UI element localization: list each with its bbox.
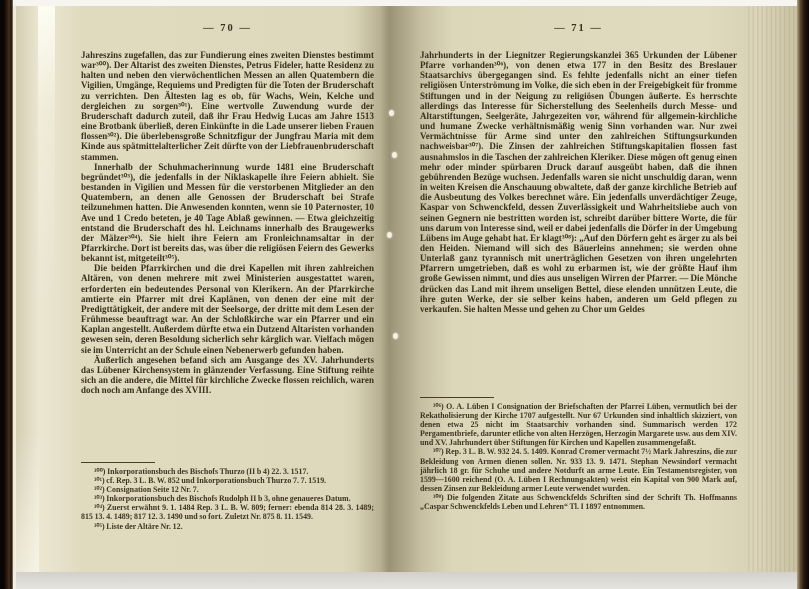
paragraph: Innerhalb der Schuhmacherinnung wurde 14… <box>81 162 374 264</box>
paragraph: Die beiden Pfarrkirchen und die drei Kap… <box>81 263 374 354</box>
paragraph: Jahreszins zugefallen, das zur Fundierun… <box>81 50 374 162</box>
page-fore-edge <box>748 6 796 572</box>
footnote: ³⁰¹) cf. Rep. 3 L. B. W. 852 und Inkorpo… <box>81 476 374 485</box>
binding-thread-dot <box>387 232 392 238</box>
footnote: ³⁰⁵) Liste der Altäre Nr. 12. <box>81 522 374 531</box>
paragraph: Äußerlich angesehen befand sich am Ausga… <box>81 355 374 396</box>
page-71-footnotes: ³⁰⁶) O. A. Lüben I Consignation der Brie… <box>420 402 737 564</box>
scan-left-border <box>0 0 13 589</box>
footnote: ³⁰⁰) Inkorporationsbuch des Bischofs Thu… <box>81 467 374 476</box>
scan-glare-bottom <box>15 430 39 572</box>
footnote: ³⁰⁴) Zuerst erwähnt 9. 1. 1484 Rep. 3 L.… <box>81 503 374 521</box>
page-70-body: Jahreszins zugefallen, das zur Fundierun… <box>81 50 374 461</box>
scan-left-highlight <box>13 0 16 589</box>
footnote: ³⁰⁸) Die folgenden Zitate aus Schwenckfe… <box>420 493 737 511</box>
binding-thread-dot <box>393 333 398 339</box>
page-70-footnotes: ³⁰⁰) Inkorporationsbuch des Bischofs Thu… <box>81 467 374 565</box>
book-scan: — 70 — Jahreszins zugefallen, das zur Fu… <box>0 0 809 589</box>
binding-thread-dot <box>389 110 394 116</box>
scan-bottom-strip <box>0 572 809 589</box>
page-number-70: — 70 — <box>81 23 374 34</box>
binding-thread-dot <box>392 152 397 158</box>
page-number-71: — 71 — <box>420 23 737 34</box>
footnote: ³⁰⁷) Rep. 3 L. B. W. 932 24. 5. 1409. Ko… <box>420 447 737 492</box>
footnote-separator <box>81 462 155 463</box>
scan-right-border <box>797 0 809 589</box>
paragraph: Jahrhunderts in der Liegnitzer Regierung… <box>420 50 737 314</box>
footnote-separator <box>420 397 494 398</box>
scan-glare-top <box>38 6 55 306</box>
footnote: ³⁰²) Consignation Seite 12 Nr. 7. <box>81 485 374 494</box>
footnote: ³⁰⁶) O. A. Lüben I Consignation der Brie… <box>420 402 737 447</box>
page-71-body: Jahrhunderts in der Liegnitzer Regierung… <box>420 50 737 394</box>
footnote: ³⁰³) Inkorporationsbuch des Bischofs Rud… <box>81 494 374 503</box>
